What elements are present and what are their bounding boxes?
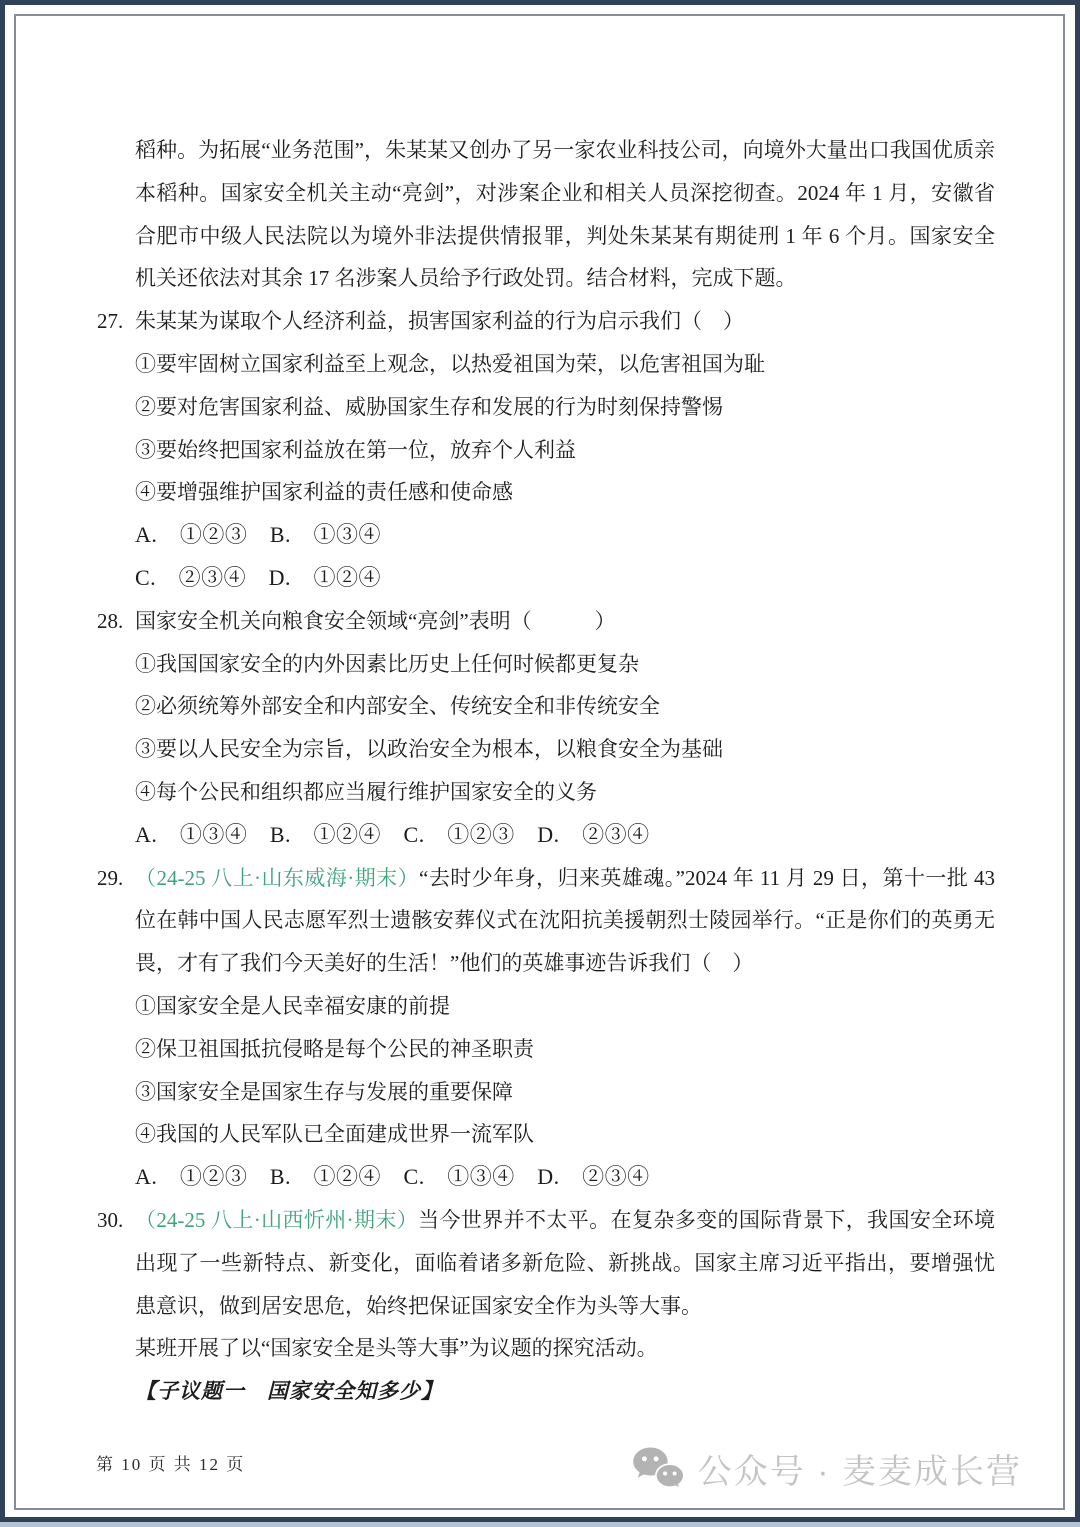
option-statement-3: ③要以人民安全为宗旨，以政治安全为根本，以粮食安全为基础 xyxy=(135,728,1000,771)
watermark: 公众号 · 麦麦成长营 xyxy=(630,1444,1022,1493)
question-number: 28. xyxy=(97,600,135,643)
wechat-icon xyxy=(630,1445,686,1493)
question-stem: （24-25 八上·山东威海·期末）“去时少年身，归来英雄魂。”2024 年 1… xyxy=(135,857,995,985)
question-stem: 国家安全机关向粮食安全领域“亮剑”表明（ ） xyxy=(135,600,995,643)
question-source-tag: （24-25 八上·山东威海·期末） xyxy=(135,866,419,890)
exam-page: 稻种。为拓展“业务范围”，朱某某又创办了另一家农业科技公司，向境外大量出口我国优… xyxy=(0,0,1080,1527)
option-statement-4: ④每个公民和组织都应当履行维护国家安全的义务 xyxy=(135,771,1000,814)
option-statement-2: ②要对危害国家利益、威胁国家生存和发展的行为时刻保持警惕 xyxy=(135,386,1000,429)
page-inner-border: 稻种。为拓展“业务范围”，朱某某又创办了另一家农业科技公司，向境外大量出口我国优… xyxy=(14,14,1065,1510)
option-statement-4: ④我国的人民军队已全面建成世界一流军队 xyxy=(135,1113,1000,1156)
option-statement-3: ③国家安全是国家生存与发展的重要保障 xyxy=(135,1071,1000,1114)
option-statement-1: ①我国国家安全的内外因素比历史上任何时候都更复杂 xyxy=(135,643,1000,686)
question-stem: 朱某某为谋取个人经济利益，损害国家利益的行为启示我们（ ） xyxy=(135,300,995,343)
answer-choices-line: A. ①③④ B. ①②④ C. ①②③ D. ②③④ xyxy=(135,814,1000,857)
option-statement-1: ①要牢固树立国家利益至上观念，以热爱祖国为荣，以危害祖国为耻 xyxy=(135,343,1000,386)
question-extra-paragraph: 某班开展了以“国家安全是头等大事”为议题的探究活动。 xyxy=(135,1327,995,1370)
question-stem-text: 朱某某为谋取个人经济利益，损害国家利益的行为启示我们（ ） xyxy=(135,309,744,333)
option-statement-4: ④要增强维护国家利益的责任感和使命感 xyxy=(135,471,1000,514)
page-number: 第 10 页 共 12 页 xyxy=(96,1450,245,1475)
question-number: 30. xyxy=(97,1199,135,1327)
subtopic-heading: 【子议题一 国家安全知多少】 xyxy=(135,1370,1000,1413)
option-statement-2: ②保卫祖国抵抗侵略是每个公民的神圣职责 xyxy=(135,1028,1000,1071)
intro-paragraph: 稻种。为拓展“业务范围”，朱某某又创办了另一家农业科技公司，向境外大量出口我国优… xyxy=(135,129,995,300)
question-30: 30. （24-25 八上·山西忻州·期末）当今世界并不太平。在复杂多变的国际背… xyxy=(97,1199,1000,1413)
option-statement-1: ①国家安全是人民幸福安康的前提 xyxy=(135,985,1000,1028)
answer-choices-line: A. ①②③ B. ①③④ xyxy=(135,514,1000,557)
exam-content: 稻种。为拓展“业务范围”，朱某某又创办了另一家农业科技公司，向境外大量出口我国优… xyxy=(97,129,1000,1413)
answer-choices-line: C. ②③④ D. ①②④ xyxy=(135,557,1000,600)
option-statement-3: ③要始终把国家利益放在第一位，放弃个人利益 xyxy=(135,429,1000,472)
question-28: 28. 国家安全机关向粮食安全领域“亮剑”表明（ ） ①我国国家安全的内外因素比… xyxy=(97,600,1000,857)
answer-choices-line: A. ①②③ B. ①②④ C. ①③④ D. ②③④ xyxy=(135,1156,1000,1199)
question-29: 29. （24-25 八上·山东威海·期末）“去时少年身，归来英雄魂。”2024… xyxy=(97,857,1000,1199)
question-source-tag: （24-25 八上·山西忻州·期末） xyxy=(135,1208,418,1232)
question-stem: （24-25 八上·山西忻州·期末）当今世界并不太平。在复杂多变的国际背景下，我… xyxy=(135,1199,995,1327)
question-number: 29. xyxy=(97,857,135,985)
question-27: 27. 朱某某为谋取个人经济利益，损害国家利益的行为启示我们（ ） ①要牢固树立… xyxy=(97,300,1000,600)
option-statement-2: ②必须统筹外部安全和内部安全、传统安全和非传统安全 xyxy=(135,685,1000,728)
bottom-edge-strip xyxy=(0,1522,1080,1527)
question-stem-text: 国家安全机关向粮食安全领域“亮剑”表明（ ） xyxy=(135,609,616,633)
question-number: 27. xyxy=(97,300,135,343)
watermark-text: 公众号 · 麦麦成长营 xyxy=(698,1444,1022,1493)
